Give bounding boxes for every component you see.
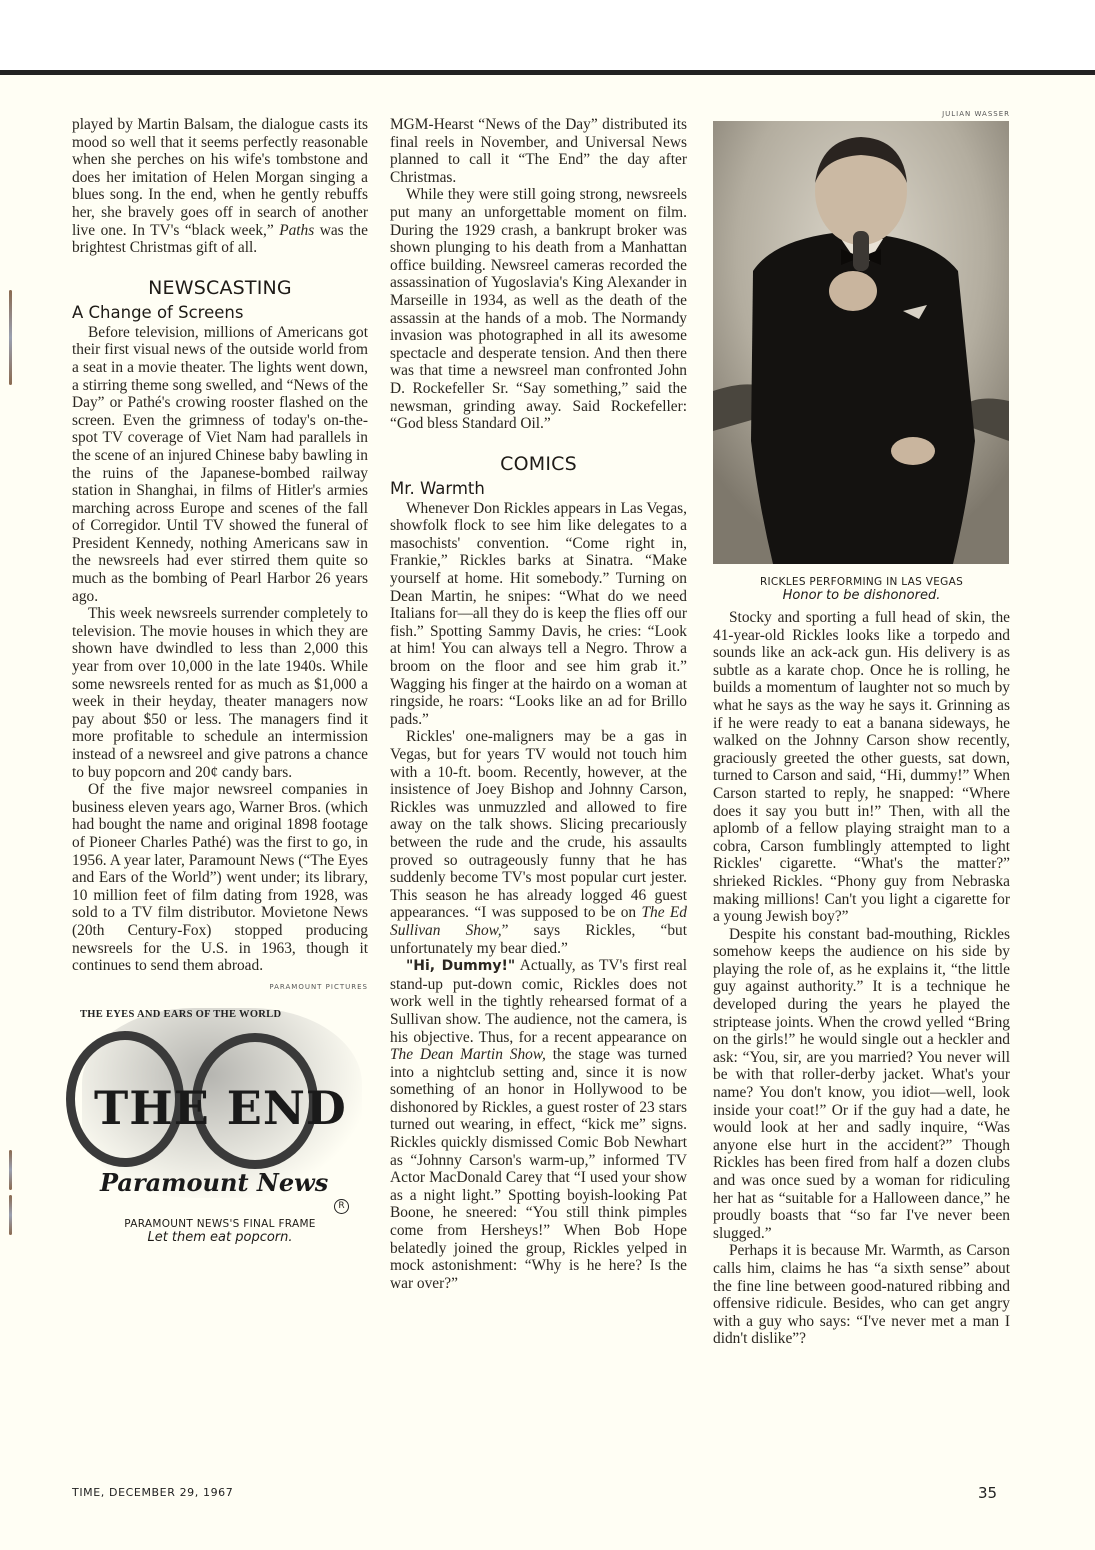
article-paragraph: While they were still going strong, news…	[390, 186, 687, 432]
paramount-news-logo: Paramount News	[100, 1168, 328, 1197]
rickles-photo	[713, 121, 1009, 564]
performer-figure-icon	[713, 121, 1009, 564]
issue-date-footer: TIME, DECEMBER 29, 1967	[72, 1486, 233, 1499]
article-paragraph: Despite his constant bad-mouthing, Rickl…	[713, 926, 1010, 1243]
binding-mark	[9, 290, 12, 385]
paragraph-text: Rickles' one-maligners may be a gas in V…	[390, 728, 687, 921]
photo-caption-title: RICKLES PERFORMING IN LAS VEGAS	[713, 576, 1010, 588]
paragraph-text: the stage was turned into a nightclub se…	[390, 1046, 687, 1292]
registered-mark-icon: R	[334, 1199, 349, 1214]
article-headline: A Change of Screens	[72, 303, 368, 322]
binding-mark	[9, 1195, 12, 1235]
graphic-tagline: THE EYES AND EARS OF THE WORLD	[80, 1009, 281, 1020]
show-title: Paths	[279, 222, 314, 239]
photo-credit: JULIAN WASSER	[713, 110, 1010, 118]
article-paragraph: Perhaps it is because Mr. Warmth, as Car…	[713, 1242, 1010, 1348]
intro-paragraph: played by Martin Balsam, the dialogue ca…	[72, 116, 368, 257]
section-heading-newscasting: NEWSCASTING	[72, 277, 368, 299]
column-1: played by Martin Balsam, the dialogue ca…	[72, 116, 368, 1251]
article-paragraph: Of the five major newsreel companies in …	[72, 781, 368, 975]
the-end-graphic: THE EYES AND EARS OF THE WORLD THE END P…	[72, 1003, 368, 1218]
section-heading-comics: COMICS	[390, 453, 687, 475]
graphic-title: THE END	[94, 1081, 347, 1135]
article-paragraph: Whenever Don Rickles appears in Las Vega…	[390, 500, 687, 729]
graphic-credit: PARAMOUNT PICTURES	[72, 983, 368, 991]
header-rule	[0, 70, 1095, 75]
article-paragraph: Stocky and sporting a full head of skin,…	[713, 609, 1010, 926]
page-number: 35	[978, 1484, 997, 1502]
binding-mark	[9, 1150, 12, 1190]
graphic-caption-title: PARAMOUNT NEWS'S FINAL FRAME	[72, 1218, 368, 1230]
intro-text: played by Martin Balsam, the dialogue ca…	[72, 116, 368, 239]
column-2: MGM-Hearst “News of the Day” distributed…	[390, 116, 687, 1292]
article-paragraph: Before television, millions of Americans…	[72, 324, 368, 606]
run-in-subhead: "Hi, Dummy!"	[406, 958, 515, 974]
article-paragraph: Rickles' one-maligners may be a gas in V…	[390, 728, 687, 957]
article-paragraph: This week newsreels surrender completely…	[72, 605, 368, 781]
column-3: JULIAN WASSER RICKLES PERFORMING IN LAS …	[713, 110, 1010, 1348]
photo-caption-subtitle: Honor to be dishonored.	[713, 588, 1010, 603]
article-paragraph: MGM-Hearst “News of the Day” distributed…	[390, 116, 687, 186]
page-top-margin	[0, 0, 1095, 72]
show-title: The Dean Martin Show,	[390, 1046, 546, 1063]
article-headline: Mr. Warmth	[390, 479, 687, 498]
graphic-caption-subtitle: Let them eat popcorn.	[72, 1230, 368, 1245]
article-paragraph: "Hi, Dummy!" Actually, as TV's first rea…	[390, 957, 687, 1292]
